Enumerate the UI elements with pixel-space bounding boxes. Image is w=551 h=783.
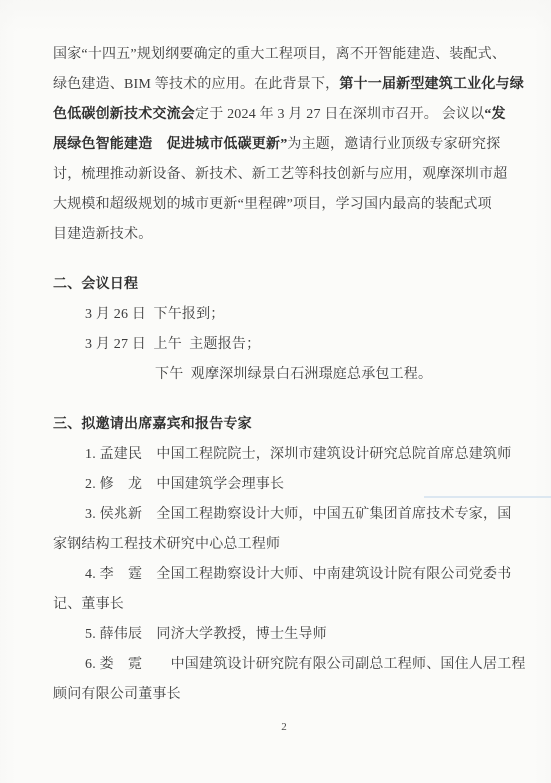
section-agenda: 二、会议日程 3 月 26 日 下午报到；3 月 27 日 上午 主题报告；下午… (53, 270, 515, 390)
text-segment: 3. 侯兆新 全国工程勘察设计大师，中国五矿集团首席技术专家，国 (85, 507, 511, 522)
intro-text-line: 国家“十四五”规划纲要确定的重大工程项目，离不开智能建造、装配式、 (53, 40, 515, 70)
guest-item-line: 4. 李 霆 全国工程勘察设计大师、中南建筑设计院有限公司党委书 (53, 560, 515, 590)
page-number: 2 (53, 716, 515, 738)
text-segment: 5. 薛伟辰 同济大学教授，博士生导师 (85, 627, 327, 642)
scanned-document-page: 国家“十四五”规划纲要确定的重大工程项目，离不开智能建造、装配式、绿色建造、BI… (0, 0, 551, 783)
guest-line-list: 1. 孟建民 中国工程院院士，深圳市建筑设计研究总院首席总建筑师2. 修 龙 中… (53, 440, 515, 710)
intro-text-line: 大规模和超级规划的城市更新“里程碑”项目，学习国内最高的装配式项 (53, 190, 515, 220)
text-segment: 2. 修 龙 中国建筑学会理事长 (85, 477, 284, 492)
guest-item-line: 6. 娄 霓 中国建筑设计研究院有限公司副总工程师、国住人居工程 (53, 650, 515, 680)
guest-item-line: 记、董事长 (53, 590, 515, 620)
guest-item-line: 3. 侯兆新 全国工程勘察设计大师，中国五矿集团首席技术专家，国 (53, 500, 515, 530)
agenda-line-list: 3 月 26 日 下午报到；3 月 27 日 上午 主题报告；下午 观摩深圳绿景… (53, 300, 515, 390)
intro-text-line: 绿色建造、BIM 等技术的应用。在此背景下，第十一届新型建筑工业化与绿 (53, 70, 515, 100)
section-title-guests: 三、拟邀请出席嘉宾和报告专家 (53, 410, 515, 440)
text-segment: 1. 孟建民 中国工程院院士，深圳市建筑设计研究总院首席总建筑师 (85, 447, 511, 462)
text-segment: 国家“十四五”规划纲要确定的重大工程项目，离不开智能建造、装配式、 (53, 47, 506, 62)
text-segment: 3 月 26 日 下午报到； (85, 307, 225, 322)
text-segment: 大规模和超级规划的城市更新“里程碑”项目，学习国内最高的装配式项 (53, 197, 492, 212)
guest-item-line: 顾问有限公司董事长 (53, 680, 515, 710)
text-segment: 下午 观摩深圳绿景白石洲璟庭总承包工程。 (155, 367, 432, 382)
bold-text-segment: “发 (484, 107, 505, 122)
text-segment: 3 月 27 日 上午 主题报告； (85, 337, 260, 352)
text-segment: 绿色建造、BIM 等技术的应用。在此背景下， (53, 77, 339, 92)
guest-item-line: 家钢结构工程技术研究中心总工程师 (53, 530, 515, 560)
agenda-item-line: 下午 观摩深圳绿景白石洲璟庭总承包工程。 (53, 360, 515, 390)
text-segment: 4. 李 霆 全国工程勘察设计大师、中南建筑设计院有限公司党委书 (85, 567, 511, 582)
text-segment: 记、董事长 (53, 597, 124, 612)
text-segment: 为主题，邀请行业顶级专家研究探 (287, 137, 500, 152)
intro-text-line: 展绿色智能建造 促进城市低碳更新”为主题，邀请行业顶级专家研究探 (53, 130, 515, 160)
intro-text-line: 目建造新技术。 (53, 220, 515, 250)
bold-text-segment: 展绿色智能建造 促进城市低碳更新” (53, 137, 287, 152)
section-title-agenda: 二、会议日程 (53, 270, 515, 300)
guest-item-line: 5. 薛伟辰 同济大学教授，博士生导师 (53, 620, 515, 650)
text-segment: 6. 娄 霓 中国建筑设计研究院有限公司副总工程师、国住人居工程 (85, 657, 526, 672)
guest-item-line: 1. 孟建民 中国工程院院士，深圳市建筑设计研究总院首席总建筑师 (53, 440, 515, 470)
agenda-item-line: 3 月 27 日 上午 主题报告； (53, 330, 515, 360)
bold-text-segment: 色低碳创新技术交流会 (53, 107, 195, 122)
agenda-item-line: 3 月 26 日 下午报到； (53, 300, 515, 330)
text-segment: 目建造新技术。 (53, 227, 152, 242)
text-segment: 定于 2024 年 3 月 27 日在深圳市召开。 会议以 (195, 107, 484, 122)
intro-paragraph: 国家“十四五”规划纲要确定的重大工程项目，离不开智能建造、装配式、绿色建造、BI… (53, 40, 515, 250)
section-guests: 三、拟邀请出席嘉宾和报告专家 1. 孟建民 中国工程院院士，深圳市建筑设计研究总… (53, 410, 515, 710)
intro-text-line: 色低碳创新技术交流会定于 2024 年 3 月 27 日在深圳市召开。 会议以“… (53, 100, 515, 130)
text-segment: 家钢结构工程技术研究中心总工程师 (53, 537, 280, 552)
scan-artifact-line (424, 496, 551, 498)
bold-text-segment: 第十一届新型建筑工业化与绿 (339, 77, 524, 92)
intro-text-line: 讨，梳理推动新设备、新技术、新工艺等科技创新与应用，观摩深圳市超 (53, 160, 515, 190)
text-segment: 讨，梳理推动新设备、新技术、新工艺等科技创新与应用，观摩深圳市超 (53, 167, 507, 182)
text-segment: 顾问有限公司董事长 (53, 687, 181, 702)
